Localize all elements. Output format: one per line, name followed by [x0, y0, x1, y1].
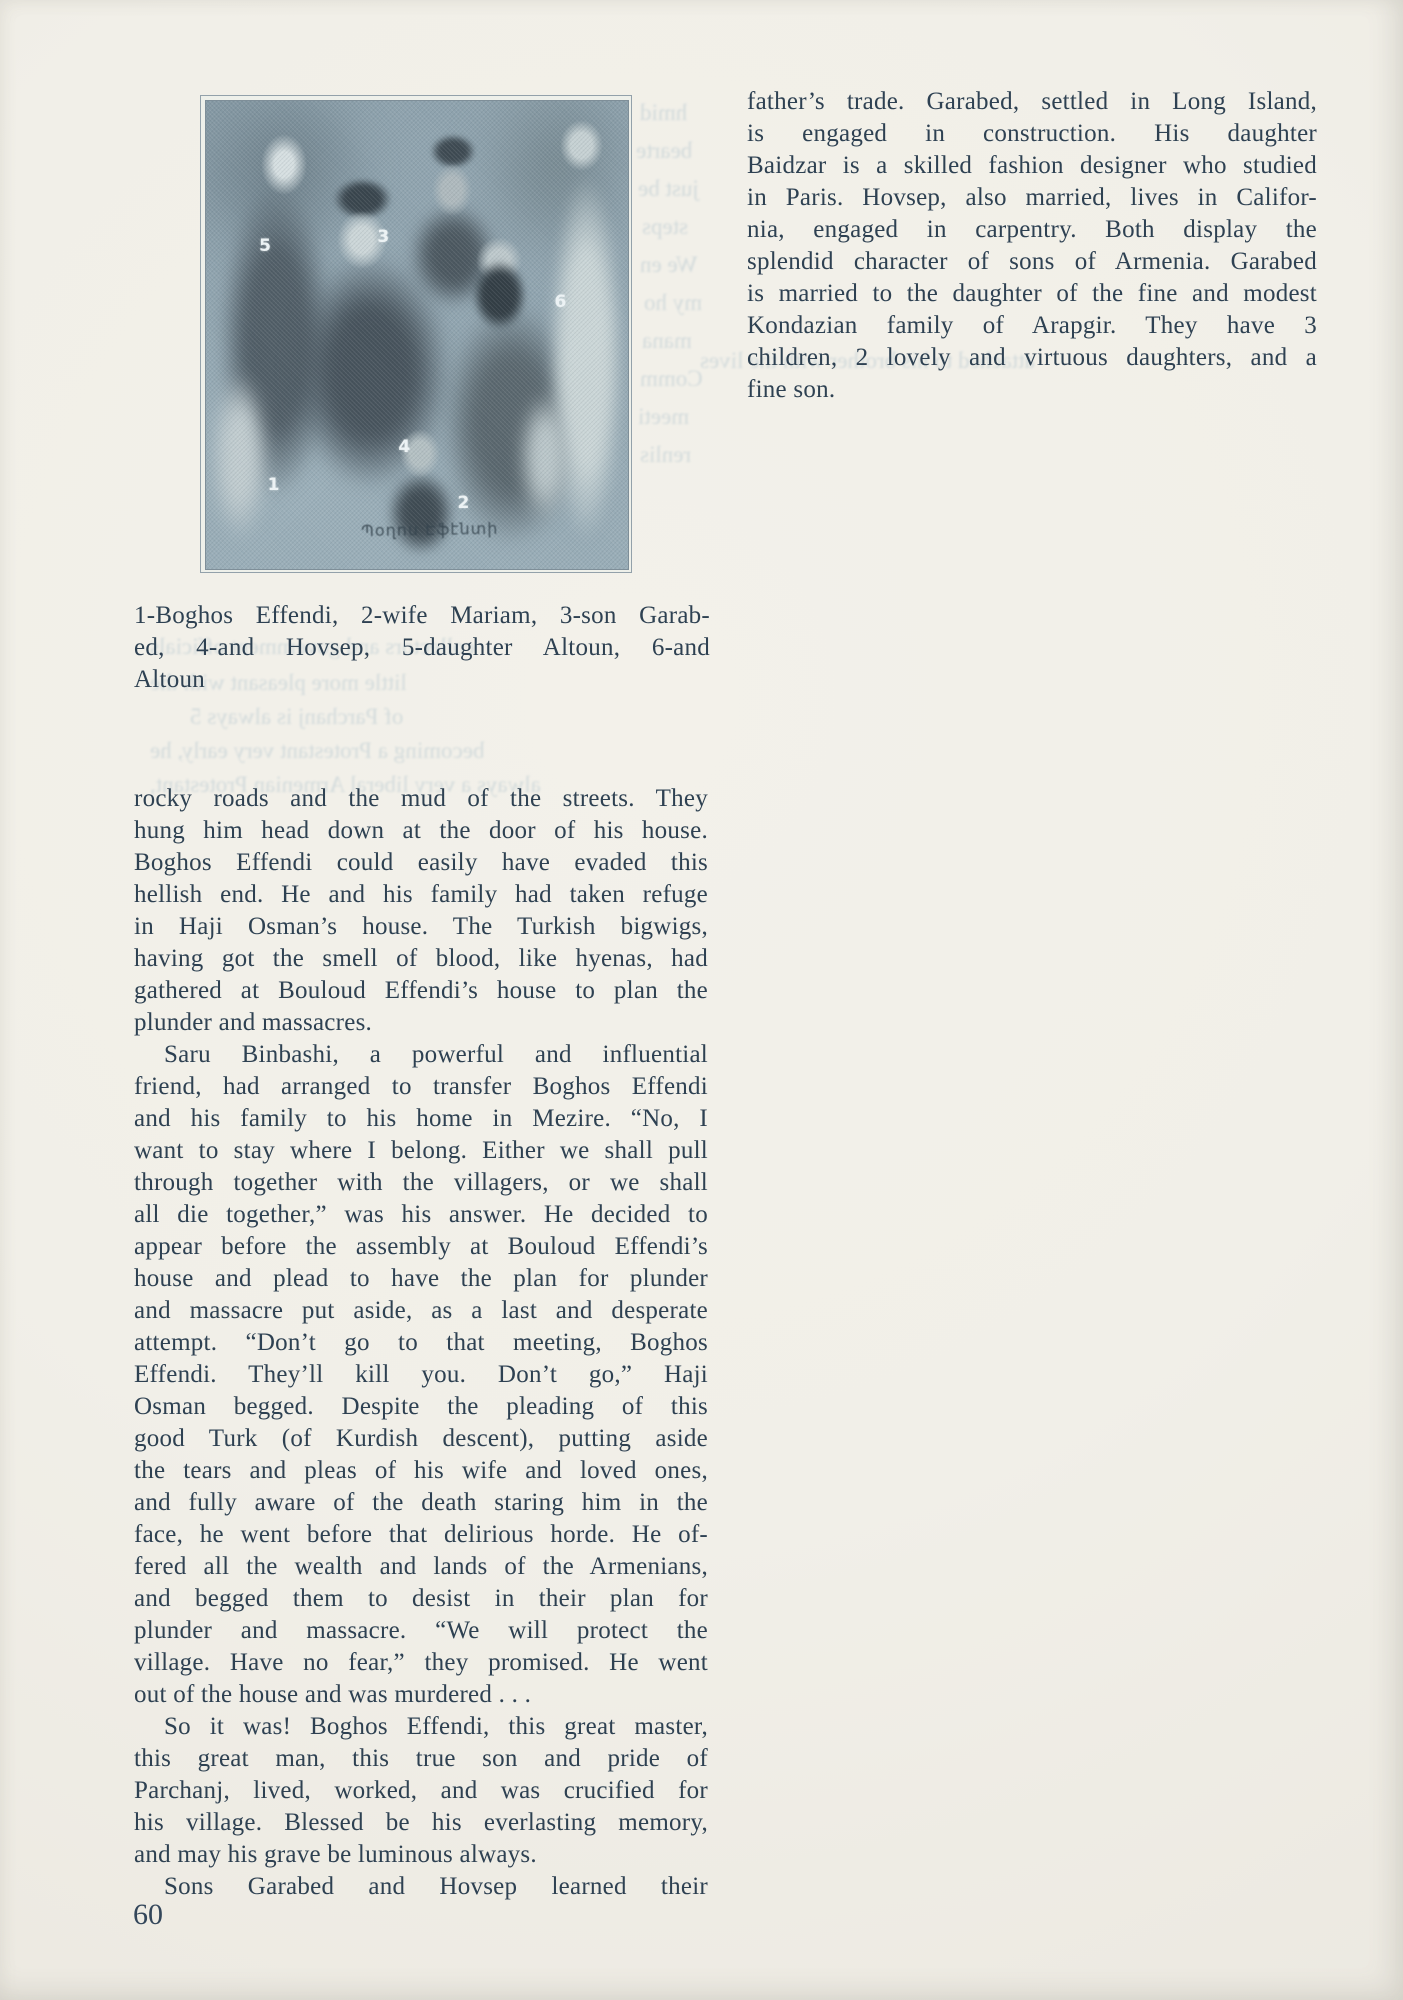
text-line: So it was! Boghos Effendi, this great ma…	[134, 1711, 708, 1743]
text-line: friend, had arranged to transfer Boghos …	[134, 1071, 708, 1103]
text-line: face, he went before that delirious hord…	[134, 1519, 708, 1551]
text-line: ed, 4-and Hovsep, 5-daughter Altoun, 6-a…	[134, 632, 710, 664]
text-line: Effendi. They’ll kill you. Don’t go,” Ha…	[134, 1359, 708, 1391]
bleedthrough-fragment: hmid	[640, 100, 687, 126]
text-line: Boghos Effendi could easily have evaded …	[134, 847, 708, 879]
text-line: attempt. “Don’t go to that meeting, Bogh…	[134, 1327, 708, 1359]
text-line: nia, engaged in carpentry. Both display …	[747, 214, 1317, 246]
photo-inscription: Պօղոս Էֆէնտի	[320, 518, 540, 541]
text-line: and massacre put aside, as a last and de…	[134, 1295, 708, 1327]
bleedthrough-fragment: We en	[640, 252, 698, 278]
paragraph: Saru Binbashi, a powerful and influentia…	[134, 1039, 708, 1711]
paragraph: father’s trade. Garabed, settled in Long…	[747, 86, 1317, 406]
text-line: hung him head down at the door of his ho…	[134, 815, 708, 847]
book-page: { "page": { "number": "60" }, "photo": {…	[0, 0, 1403, 2000]
text-line: the tears and pleas of his wife and love…	[134, 1455, 708, 1487]
text-line: in Haji Osman’s house. The Turkish bigwi…	[134, 911, 708, 943]
text-line: is engaged in construction. His daughter	[747, 118, 1317, 150]
text-line: out of the house and was murdered . . .	[134, 1679, 708, 1711]
text-line: this great man, this true son and pride …	[134, 1743, 708, 1775]
photo-halftone-texture	[206, 101, 628, 569]
text-line: village. Have no fear,” they promised. H…	[134, 1647, 708, 1679]
left-text-column: rocky roads and the mud of the streets. …	[134, 783, 708, 1903]
text-line: all die together,” was his answer. He de…	[134, 1199, 708, 1231]
bleedthrough-fragment: of Parchanj is always 5	[190, 704, 403, 730]
text-line: having got the smell of blood, like hyen…	[134, 943, 708, 975]
bleedthrough-fragment: bearte	[636, 138, 692, 164]
photo-number-label: 6	[555, 292, 567, 312]
paragraph: So it was! Boghos Effendi, this great ma…	[134, 1711, 708, 1871]
text-line: appear before the assembly at Bouloud Ef…	[134, 1231, 708, 1263]
text-line: Parchanj, lived, worked, and was crucifi…	[134, 1775, 708, 1807]
paragraph: rocky roads and the mud of the streets. …	[134, 783, 708, 1039]
bleedthrough-fragment: renlis	[640, 442, 691, 468]
text-line: Altoun	[134, 664, 710, 696]
right-text-column: father’s trade. Garabed, settled in Long…	[747, 86, 1317, 406]
photo-number-label: 5	[259, 236, 271, 256]
text-line: through together with the villagers, or …	[134, 1167, 708, 1199]
text-line: and may his grave be luminous always.	[134, 1839, 708, 1871]
bleedthrough-fragment: becoming a Protestant very early, he	[150, 738, 484, 764]
text-line: want to stay where I belong. Either we s…	[134, 1135, 708, 1167]
paragraph: 1-Boghos Effendi, 2-wife Mariam, 3-son G…	[134, 600, 710, 696]
bleedthrough-fragment: Comm	[640, 366, 703, 392]
bleedthrough-fragment: meeti	[638, 404, 689, 430]
text-line: in Paris. Hovsep, also married, lives in…	[747, 182, 1317, 214]
text-line: father’s trade. Garabed, settled in Long…	[747, 86, 1317, 118]
text-line: fered all the wealth and lands of the Ar…	[134, 1551, 708, 1583]
text-line: hellish end. He and his family had taken…	[134, 879, 708, 911]
text-line: gathered at Bouloud Effendi’s house to p…	[134, 975, 708, 1007]
bleedthrough-fragment: steps	[642, 214, 688, 240]
photo-number-label: 4	[398, 437, 410, 457]
text-line: and fully aware of the death staring him…	[134, 1487, 708, 1519]
family-photograph: 536412 Պօղոս Էֆէնտի	[205, 100, 629, 570]
paragraph: Sons Garabed and Hovsep learned their	[134, 1871, 708, 1903]
text-line: Saru Binbashi, a powerful and influentia…	[134, 1039, 708, 1071]
text-line: and begged them to desist in their plan …	[134, 1583, 708, 1615]
text-line: fine son.	[747, 374, 1317, 406]
text-line: and his family to his home in Mezire. “N…	[134, 1103, 708, 1135]
text-line: Sons Garabed and Hovsep learned their	[134, 1871, 708, 1903]
text-line: his village. Blessed be his everlasting …	[134, 1807, 708, 1839]
text-line: splendid character of sons of Armenia. G…	[747, 246, 1317, 278]
text-line: Kondazian family of Arapgir. They have 3	[747, 310, 1317, 342]
page-number: 60	[133, 1898, 163, 1932]
bleedthrough-fragment: just be	[638, 176, 699, 202]
text-line: good Turk (of Kurdish descent), putting …	[134, 1423, 708, 1455]
bleedthrough-fragment: my ho	[644, 290, 702, 316]
text-line: children, 2 lovely and virtuous daughter…	[747, 342, 1317, 374]
photo-caption: 1-Boghos Effendi, 2-wife Mariam, 3-son G…	[134, 600, 710, 696]
text-line: plunder and massacres.	[134, 1007, 708, 1039]
photo-number-label: 1	[268, 475, 280, 495]
bleedthrough-fragment: mana	[642, 328, 692, 354]
text-line: is married to the daughter of the fine a…	[747, 278, 1317, 310]
text-line: Osman begged. Despite the pleading of th…	[134, 1391, 708, 1423]
photo-number-label: 2	[457, 493, 469, 513]
family-photograph-frame: 536412 Պօղոս Էֆէնտի	[200, 95, 632, 573]
text-line: 1-Boghos Effendi, 2-wife Mariam, 3-son G…	[134, 600, 710, 632]
text-line: plunder and massacre. “We will protect t…	[134, 1615, 708, 1647]
text-line: rocky roads and the mud of the streets. …	[134, 783, 708, 815]
text-line: Baidzar is a skilled fashion designer wh…	[747, 150, 1317, 182]
text-line: house and plead to have the plan for plu…	[134, 1263, 708, 1295]
photo-number-label: 3	[377, 227, 389, 247]
